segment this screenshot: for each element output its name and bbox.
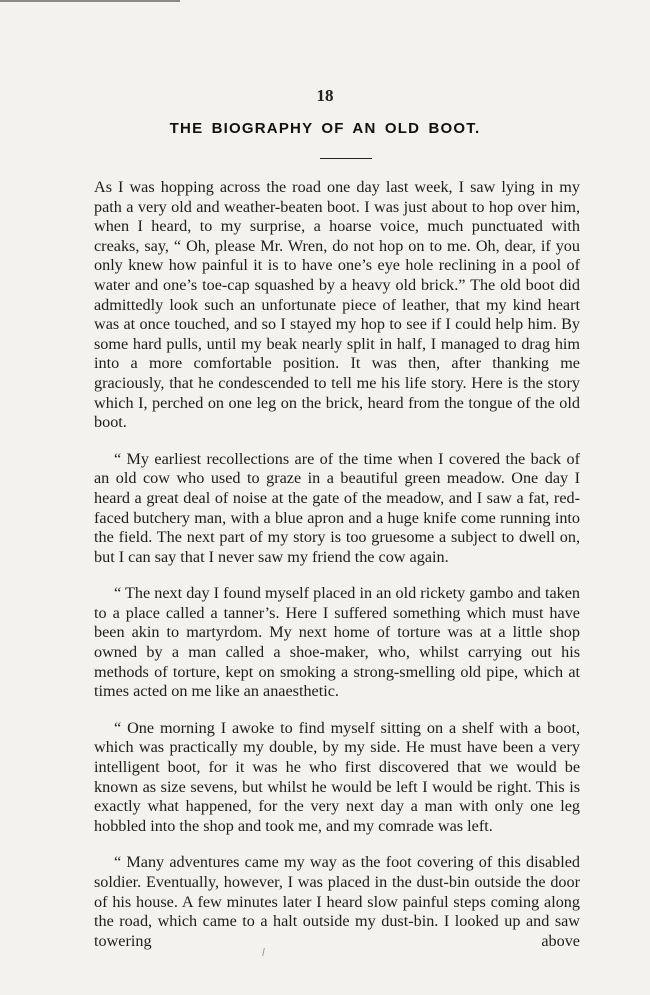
article-body: As I was hopping across the road one day… bbox=[94, 178, 580, 951]
paragraph-soldier: “ Many adventures came my way as the foo… bbox=[94, 853, 580, 951]
paragraph-shelf: “ One morning I awoke to find myself sit… bbox=[94, 719, 580, 837]
title-divider bbox=[320, 158, 372, 159]
page-number: 18 bbox=[0, 86, 650, 106]
paragraph-tanner: “ The next day I found myself placed in … bbox=[94, 584, 580, 702]
scan-edge-shadow bbox=[0, 0, 180, 2]
article-title: THE BIOGRAPHY OF AN OLD BOOT. bbox=[0, 120, 650, 137]
paragraph-cow: “ My earliest recollections are of the t… bbox=[94, 450, 580, 568]
scan-mark bbox=[262, 948, 265, 956]
paragraph-intro: As I was hopping across the road one day… bbox=[94, 178, 580, 433]
